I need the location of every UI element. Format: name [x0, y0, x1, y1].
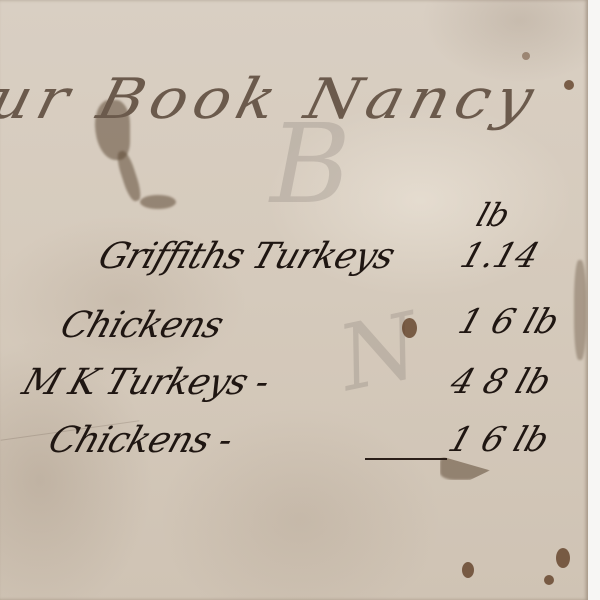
document-heading: ur Book Nancy [0, 66, 600, 132]
edge-stain [574, 260, 586, 360]
unit-column-header: lb [472, 196, 515, 234]
entry-quantity: 4 8 lb [446, 362, 557, 402]
stain-spot [544, 575, 554, 585]
stain-spot [522, 52, 530, 60]
paper-sheet: B N ur Book Nancy lb Griffiths Turkeys 1… [0, 0, 588, 600]
entry-quantity: 1.14 [456, 236, 545, 276]
entry-item: Chickens [55, 305, 228, 346]
stain-spot [462, 562, 474, 578]
entry-quantity: 1 6 lb [444, 420, 555, 460]
entry-quantity: 1 6 lb [454, 302, 565, 342]
stain-spot [402, 318, 417, 338]
leader-dash [365, 458, 447, 460]
ink-drip-stain [140, 195, 176, 209]
entry-item: Chickens - [43, 420, 237, 461]
entry-item: Griffiths Turkeys [93, 236, 399, 277]
ghost-letter: N [330, 293, 429, 412]
entry-item: M K Turkeys - [17, 362, 274, 403]
ink-drip-stain [114, 149, 143, 203]
stain-spot [556, 548, 570, 568]
